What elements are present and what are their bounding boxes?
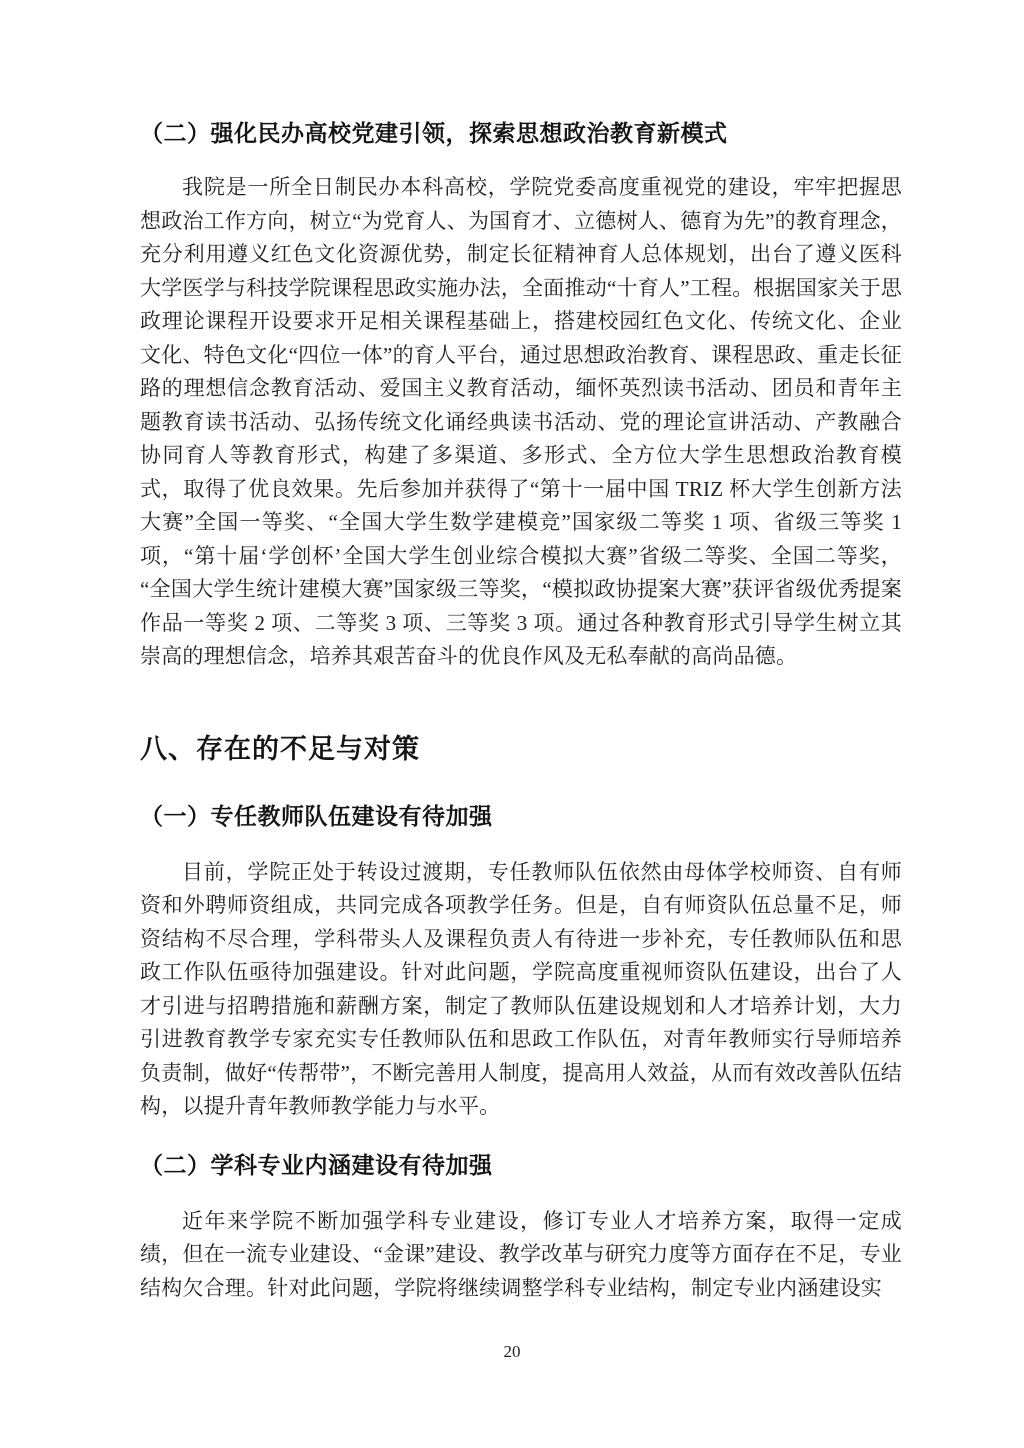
chapter-heading-shortcomings: 八、存在的不足与对策: [140, 732, 902, 767]
paragraph-teachers: 目前，学院正处于转设过渡期，专任教师队伍依然由母体学校师资、自有师资和外聘师资组…: [140, 856, 902, 1124]
section-heading-teachers: （一）专任教师队伍建设有待加强: [140, 801, 902, 832]
paragraph-disciplines: 近年来学院不断加强学科专业建设，修订专业人才培养方案，取得一定成绩，但在一流专业…: [140, 1205, 902, 1306]
document-page: （二）强化民办高校党建引领，探索思想政治教育新模式 我院是一所全日制民办本科高校…: [0, 0, 1024, 1448]
paragraph-party-building: 我院是一所全日制民办本科高校，学院党委高度重视党的建设，牢牢把握思想政治工作方向…: [140, 171, 902, 674]
section-heading-party-building: （二）强化民办高校党建引领，探索思想政治教育新模式: [140, 118, 902, 149]
page-footer: 20: [0, 1342, 1024, 1362]
section-heading-disciplines: （二）学科专业内涵建设有待加强: [140, 1150, 902, 1181]
document-content: （二）强化民办高校党建引领，探索思想政治教育新模式 我院是一所全日制民办本科高校…: [140, 118, 902, 1305]
page-number: 20: [504, 1342, 521, 1361]
